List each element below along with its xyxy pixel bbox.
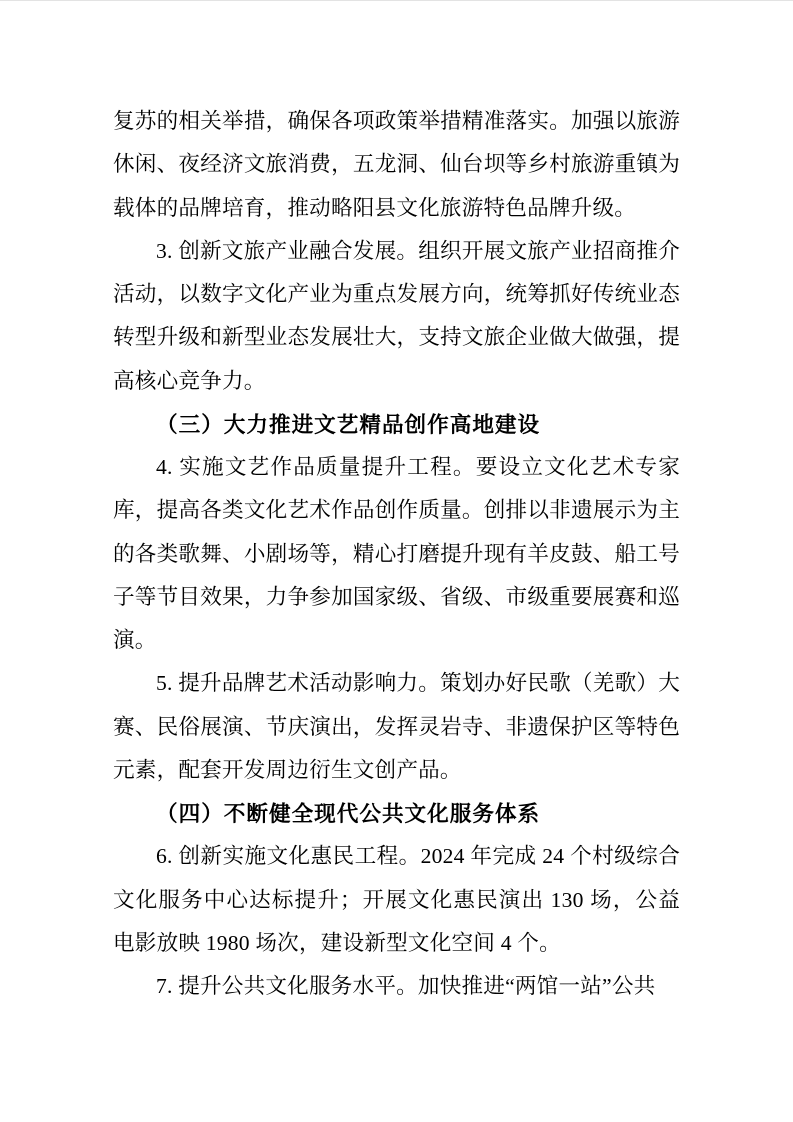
body-paragraph: 7. 提升公共文化服务水平。加快推进“两馆一站”公共 (113, 965, 680, 1008)
body-paragraph: 6. 创新实施文化惠民工程。2024 年完成 24 个村级综合文化服务中心达标提… (113, 835, 680, 965)
document-content: 复苏的相关举措，确保各项政策举措精准落实。加强以旅游休闲、夜经济文旅消费，五龙洞… (113, 100, 680, 1008)
body-paragraph: 3. 创新文旅产业融合发展。组织开展文旅产业招商推介活动，以数字文化产业为重点发… (113, 230, 680, 403)
body-paragraph-continuation: 复苏的相关举措，确保各项政策举措精准落实。加强以旅游休闲、夜经济文旅消费，五龙洞… (113, 100, 680, 230)
section-heading: （四）不断健全现代公共文化服务体系 (113, 792, 680, 835)
section-heading: （三）大力推进文艺精品创作高地建设 (113, 403, 680, 446)
body-paragraph: 5. 提升品牌艺术活动影响力。策划办好民歌（羌歌）大赛、民俗展演、节庆演出，发挥… (113, 662, 680, 792)
document-page: 复苏的相关举措，确保各项政策举措精准落实。加强以旅游休闲、夜经济文旅消费，五龙洞… (0, 0, 793, 1122)
body-paragraph: 4. 实施文艺作品质量提升工程。要设立文化艺术专家库，提高各类文化艺术作品创作质… (113, 446, 680, 662)
